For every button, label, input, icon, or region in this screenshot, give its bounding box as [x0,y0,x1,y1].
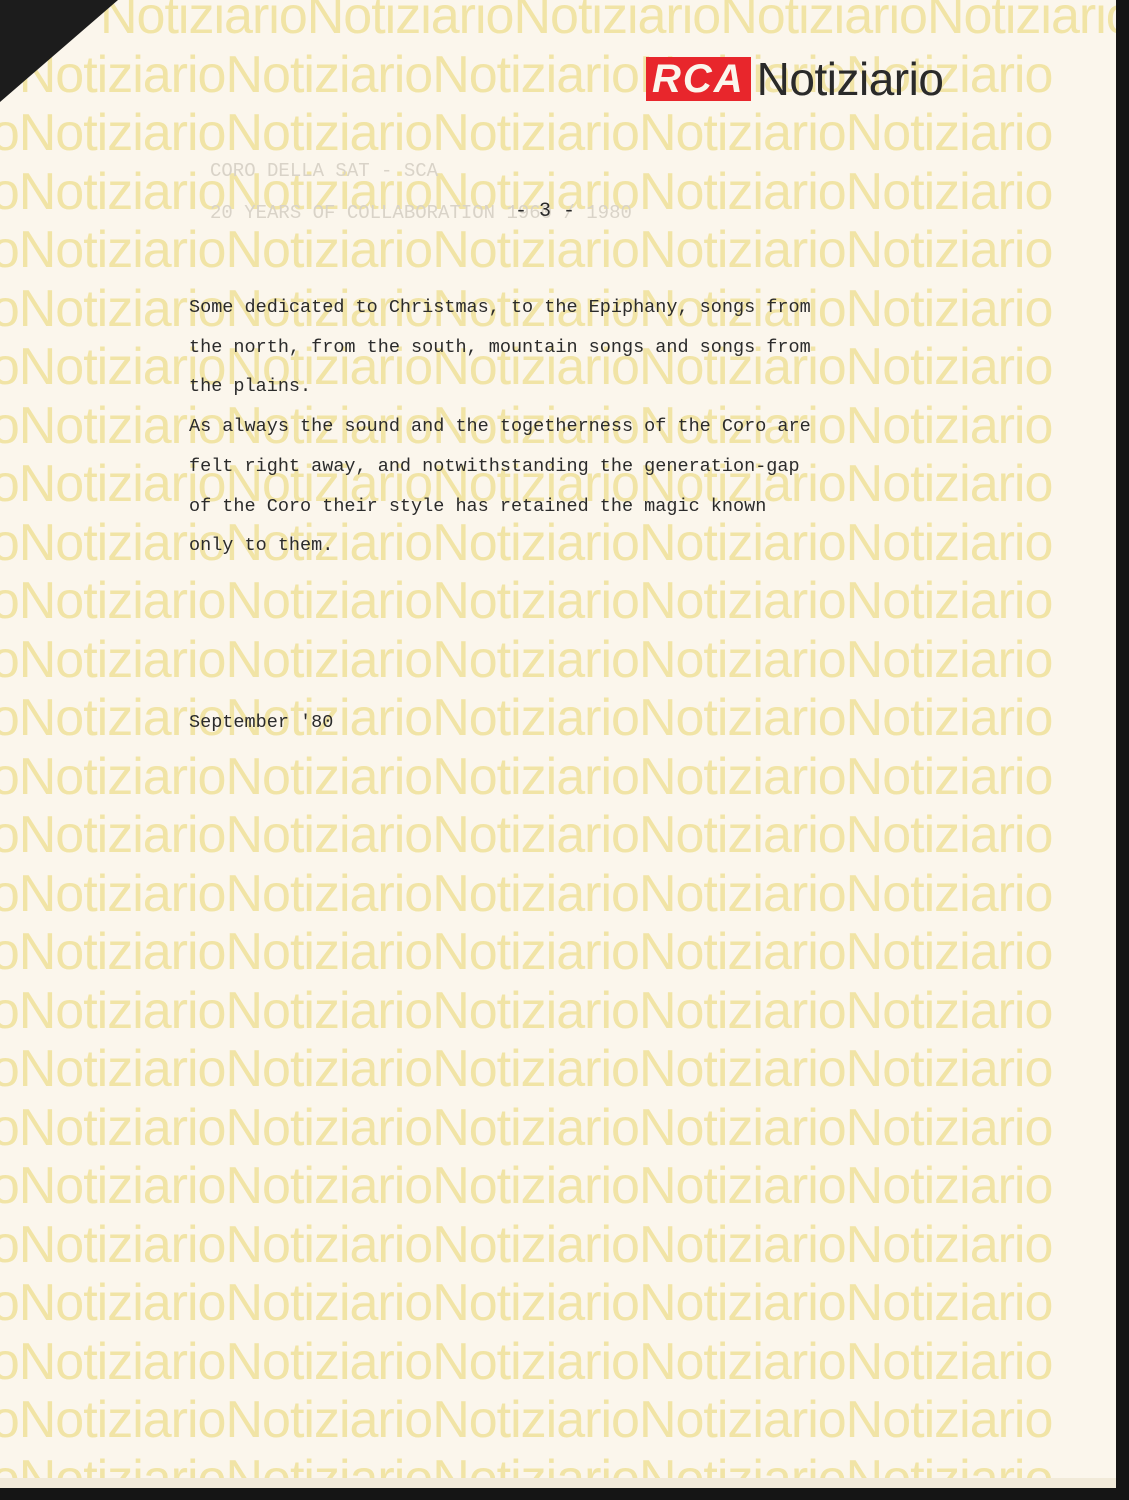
watermark-row: NotiziarioNotiziarioNotiziarioNotiziario… [0,1160,1052,1212]
rca-notiziario-logo: RCA Notiziario [646,52,943,106]
body-line: the north, from the south, mountain song… [189,328,969,368]
watermark-row: NotiziarioNotiziarioNotiziarioNotiziario… [0,1336,1052,1388]
rca-logo: RCA [646,57,751,101]
watermark-row: NotiziarioNotiziarioNotiziarioNotiziario… [0,926,1052,978]
watermark-row: NotiziarioNotiziarioNotiziarioNotiziario… [0,692,1052,744]
bleedthrough-line: CORO DELLA SAT - SCA [210,160,438,182]
watermark-row: NotiziarioNotiziarioNotiziarioNotiziario… [0,1453,1052,1479]
watermark-row: NotiziarioNotiziarioNotiziarioNotiziario… [0,1277,1052,1329]
watermark-row: NotiziarioNotiziarioNotiziarioNotiziario… [0,575,1052,627]
page-bottom-strip [0,1478,1116,1488]
body-line: of the Coro their style has retained the… [189,487,969,527]
body-line: As always the sound and the togetherness… [189,407,969,447]
watermark-row: NotiziarioNotiziarioNotiziarioNotiziario… [0,224,1052,276]
watermark-row: NotiziarioNotiziarioNotiziarioNotiziario… [0,868,1052,920]
watermark-row: NotiziarioNotiziarioNotiziarioNotiziario… [0,1394,1052,1446]
watermark-row: NotiziarioNotiziarioNotiziarioNotiziario… [0,107,1052,159]
watermark-row: NotiziarioNotiziarioNotiziarioNotiziario… [0,985,1052,1037]
watermark-row: NotiziarioNotiziarioNotiziarioNotiziario… [0,809,1052,861]
masthead-title: Notiziario [757,52,944,106]
watermark-row: NotiziarioNotiziarioNotiziarioNotiziario… [0,751,1052,803]
watermark-row: NotiziarioNotiziarioNotiziarioNotiziario… [0,1219,1052,1271]
folded-corner [0,0,118,102]
watermark-row: NotiziarioNotiziarioNotiziarioNotiziario… [0,1043,1052,1095]
scan-edge-right [1116,0,1129,1500]
watermark-row: NotiziarioNotiziarioNotiziarioNotiziario… [100,0,1116,42]
page-number: - 3 - [0,200,1090,223]
body-paragraph: Some dedicated to Christmas, to the Epip… [189,288,969,566]
watermark-row: NotiziarioNotiziarioNotiziarioNotiziario… [0,634,1052,686]
body-line: Some dedicated to Christmas, to the Epip… [189,288,969,328]
body-line: the plains. [189,367,969,407]
body-line: only to them. [189,526,969,566]
watermark-row: NotiziarioNotiziarioNotiziarioNotiziario… [0,1102,1052,1154]
body-line: felt right away, and notwithstanding the… [189,447,969,487]
document-page: NotiziarioNotiziarioNotiziarioNotiziario… [0,0,1116,1478]
document-date: September '80 [189,712,333,733]
